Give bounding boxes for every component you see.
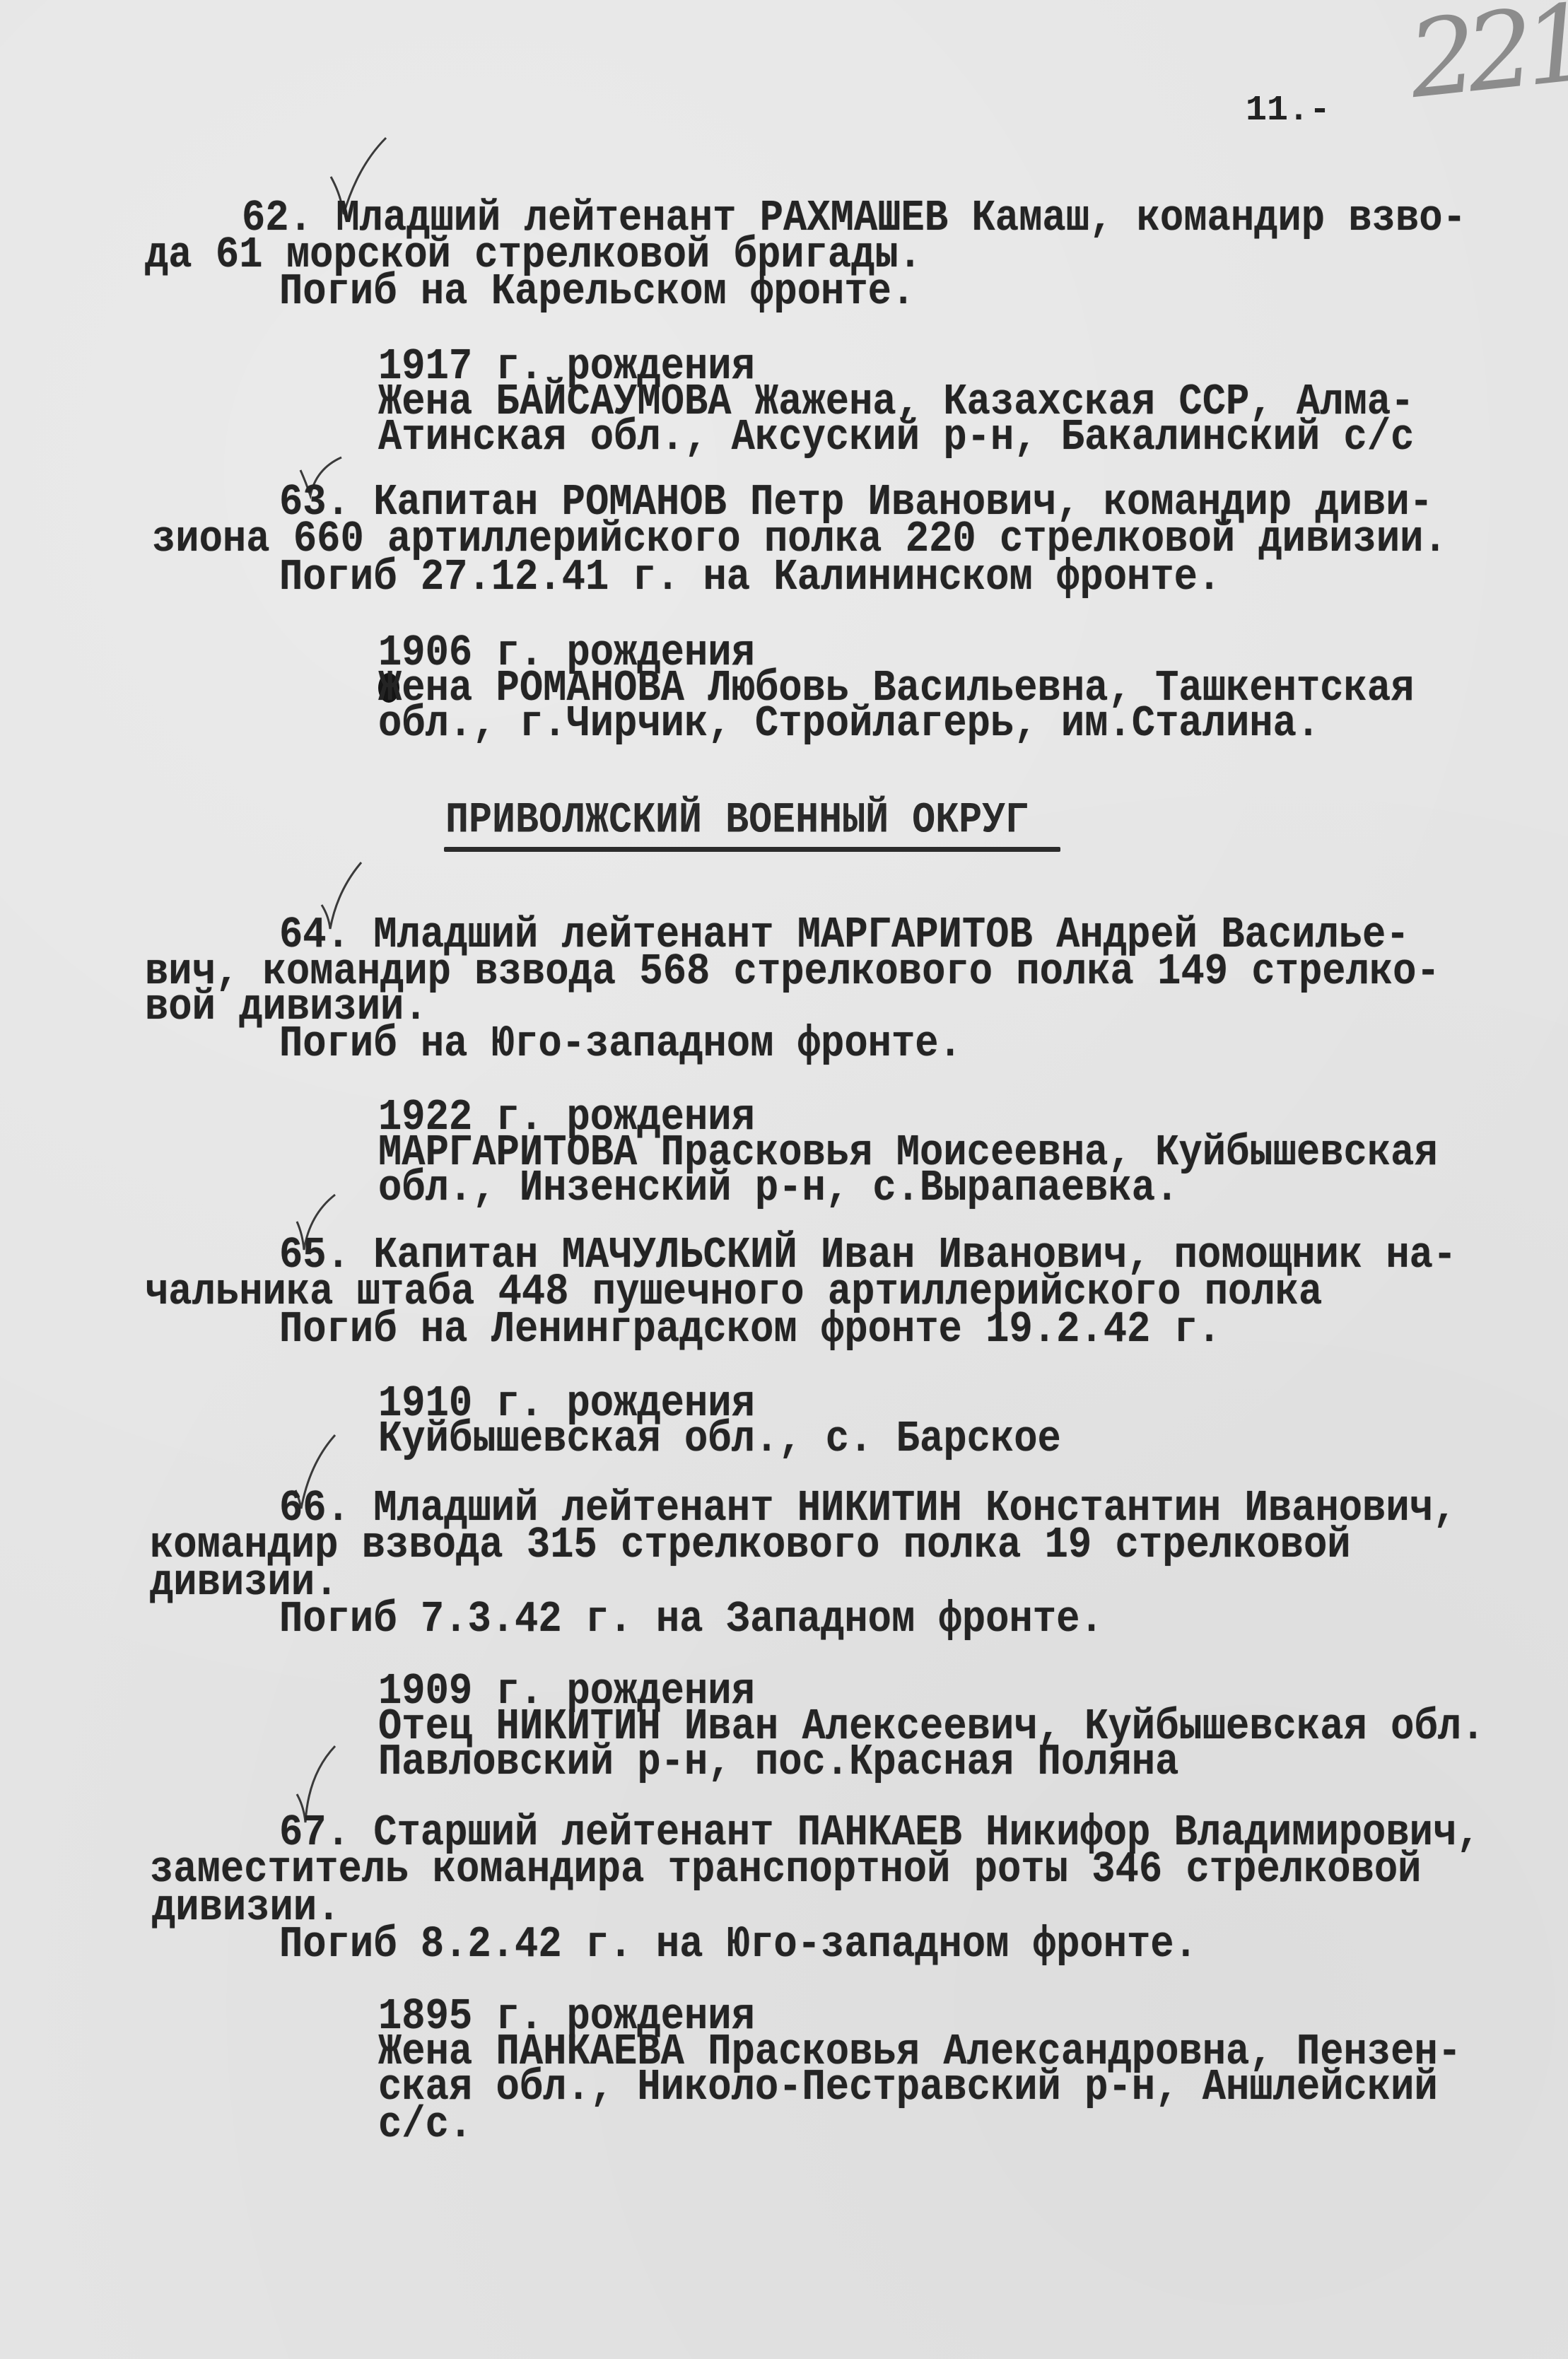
relative-line: с/с. [378, 2103, 472, 2147]
relative-line: Атинская обл., Аксуский р-н, Бакалинский… [378, 416, 1414, 459]
heading-underline [444, 847, 1060, 852]
relative-line: обл., г.Чирчик, Стройлагерь, им.Сталина. [378, 702, 1320, 746]
page-number: 11.- [1246, 90, 1330, 131]
death-line: Погиб на Юго-западном фронте. [279, 1022, 962, 1066]
entry-line: заместитель командира транспортной роты … [150, 1848, 1422, 1892]
death-line: Погиб 27.12.41 г. на Калининском фронте. [279, 556, 1221, 599]
relative-line: Павловский р-н, пос.Красная Поляна [378, 1740, 1178, 1784]
section-heading: ПРИВОЛЖСКИЙ ВОЕННЫЙ ОКРУГ [445, 795, 1029, 845]
relative-line: ская обл., Николо-Пестравский р-н, Аншле… [378, 2066, 1438, 2109]
death-line: Погиб на Ленинградском фронте 19.2.42 г. [279, 1308, 1221, 1352]
relative-line: обл., Инзенский р-н, с.Вырапаевка. [378, 1166, 1178, 1210]
relative-line: Куйбышевская обл., с. Барское [378, 1417, 1061, 1461]
death-line: Погиб 8.2.42 г. на Юго-западном фронте. [279, 1923, 1198, 1967]
death-line: Погиб 7.3.42 г. на Западном фронте. [279, 1598, 1104, 1641]
death-line: Погиб на Карельском фронте. [279, 270, 915, 314]
handwritten-sheet-number: 221 [1403, 0, 1568, 122]
